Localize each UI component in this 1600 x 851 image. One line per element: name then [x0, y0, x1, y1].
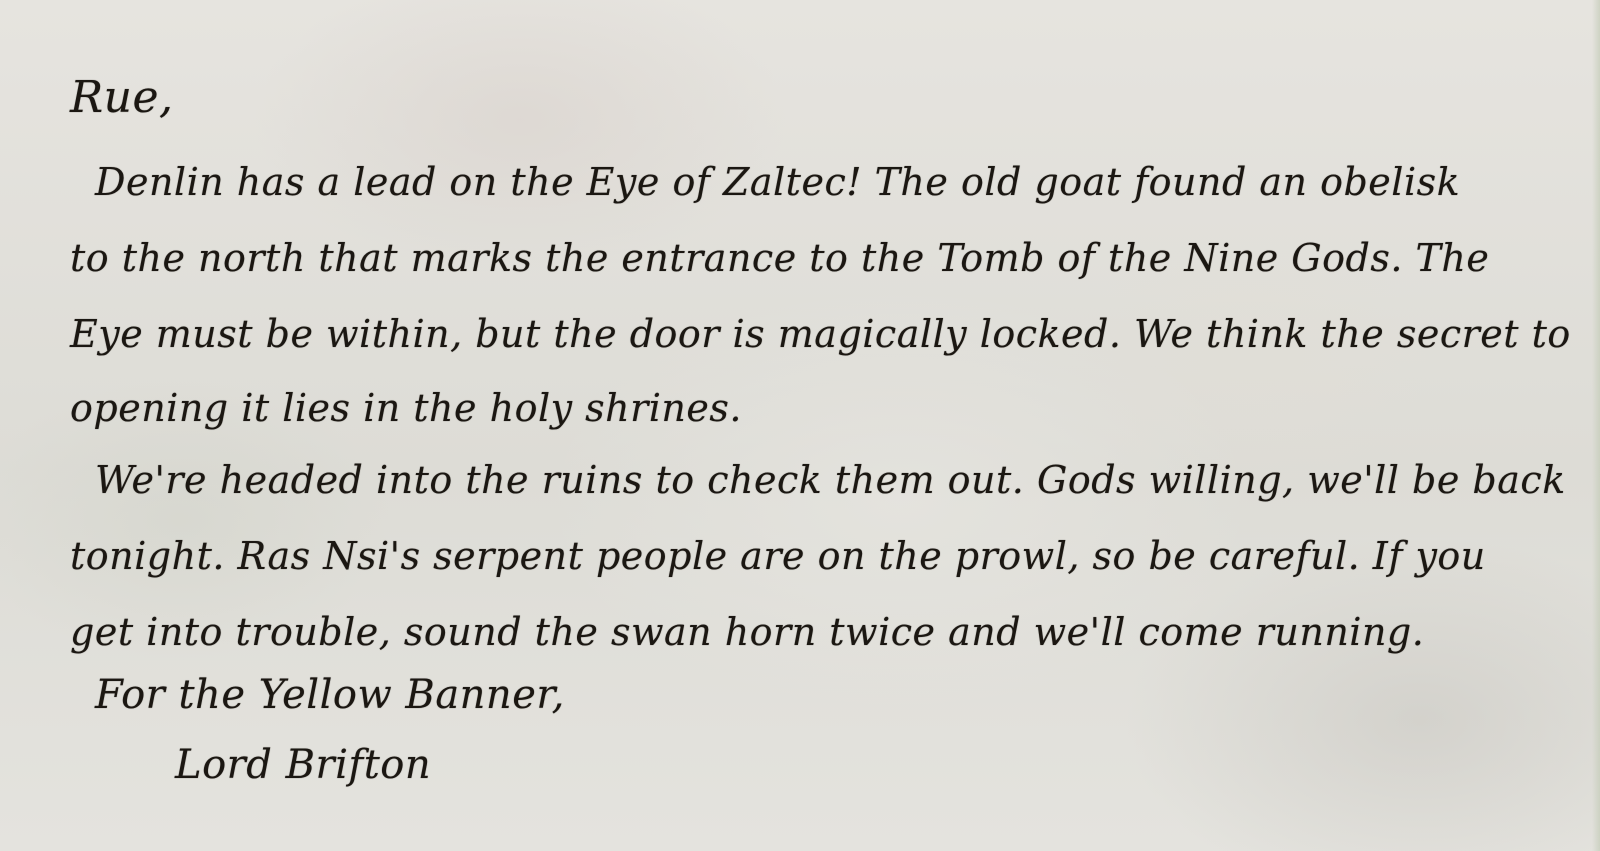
- letter-closing: For the Yellow Banner,: [95, 672, 565, 718]
- letter-body-line: Denlin has a lead on the Eye of Zaltec! …: [95, 160, 1460, 204]
- parchment-letter: Rue, Denlin has a lead on the Eye of Zal…: [0, 0, 1600, 851]
- letter-body-line: We're headed into the ruins to check the…: [95, 458, 1566, 502]
- letter-signature: Lord Brifton: [175, 742, 431, 788]
- letter-salutation: Rue,: [70, 72, 174, 123]
- letter-body-line: Eye must be within, but the door is magi…: [70, 312, 1571, 356]
- letter-body-line: get into trouble, sound the swan horn tw…: [70, 610, 1424, 654]
- letter-body-line: to the north that marks the entrance to …: [70, 236, 1489, 280]
- paper-edge: [1592, 0, 1600, 851]
- letter-body-line: tonight. Ras Nsi's serpent people are on…: [70, 534, 1486, 578]
- letter-body-line: opening it lies in the holy shrines.: [70, 386, 742, 430]
